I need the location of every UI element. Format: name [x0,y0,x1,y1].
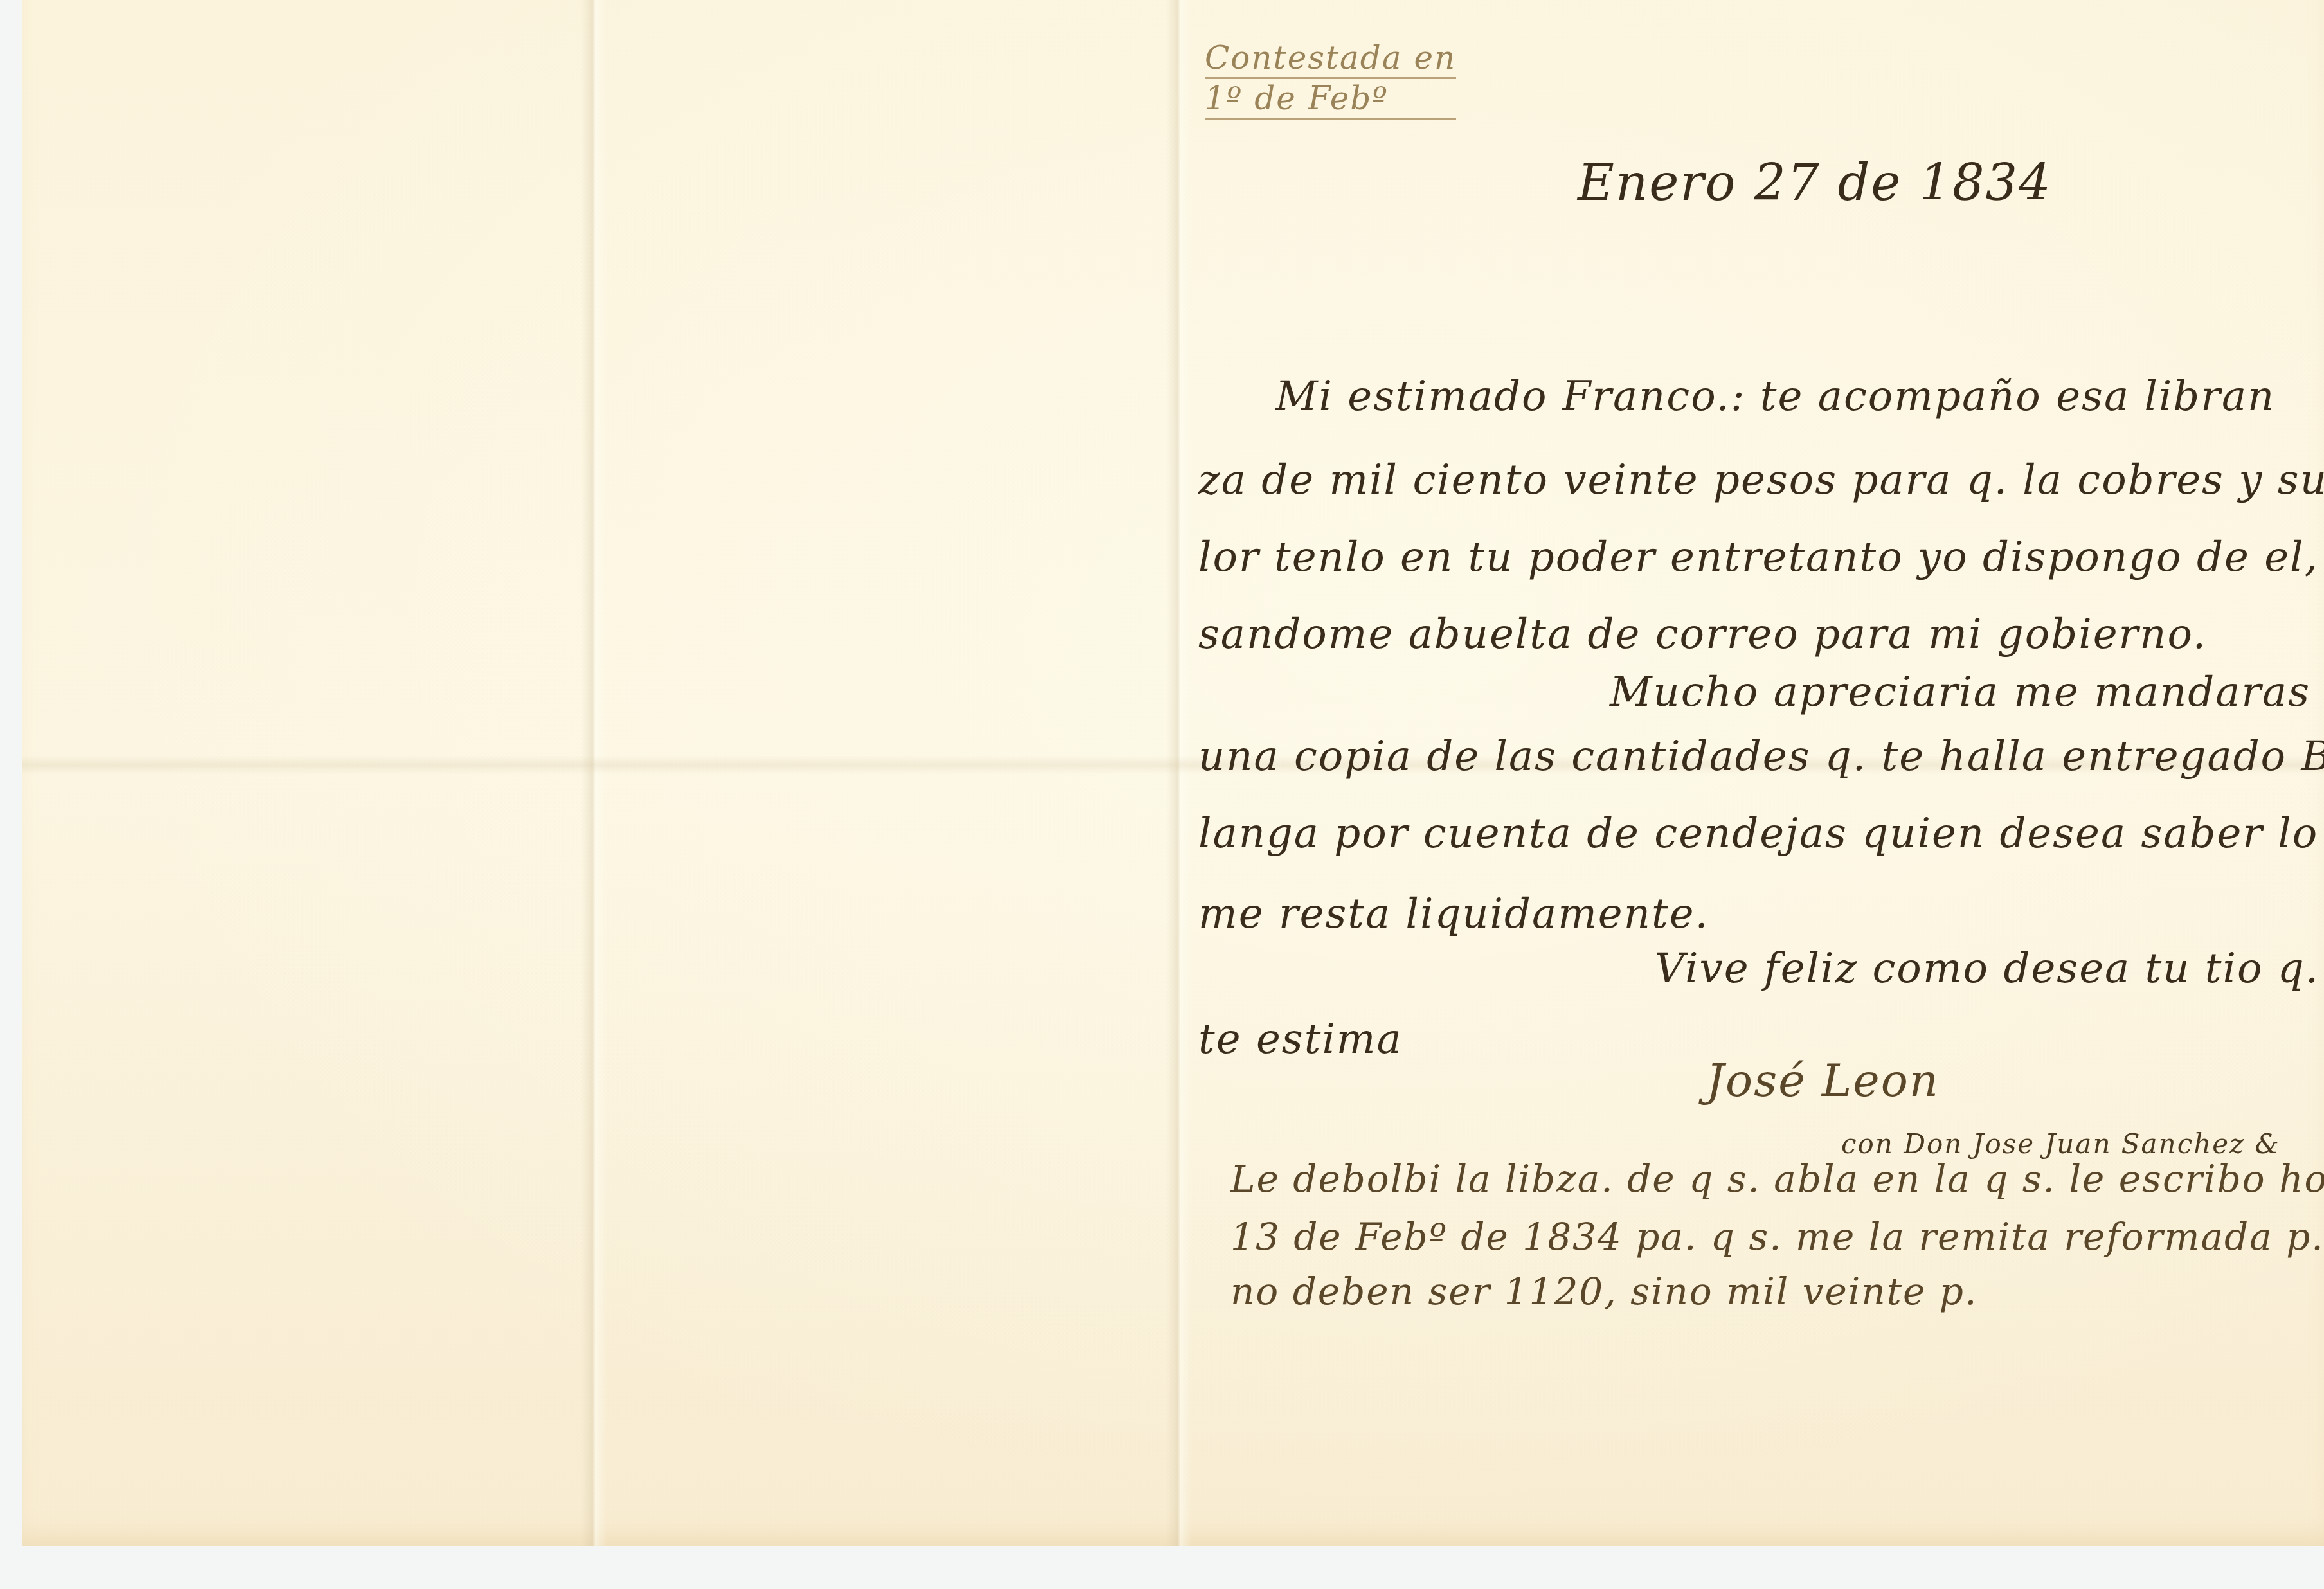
annotation-line-2: 1º de Febº [1205,79,1456,120]
body-line: Mi estimado Franco.: te acompaño esa lib… [1275,373,2275,420]
body-line: sandome abuelta de correo para mi gobier… [1198,611,2207,658]
margin-annotation: Contestada en 1º de Febº [1205,39,1456,120]
body-line: Vive feliz como desea tu tio q. [1655,945,2319,992]
body-line: za de mil ciento veinte pesos para q. la… [1198,456,2324,504]
letter-date: Enero 27 de 1834 [1578,154,2052,212]
letter-paper: Contestada en 1º de Febº Enero 27 de 183… [22,0,2324,1546]
body-line: te estima [1198,1016,1403,1063]
body-line: langa por cuenta de cendejas quien desea… [1198,810,2324,857]
body-line: lor tenlo en tu poder entretanto yo disp… [1198,534,2324,581]
postscript-interlinear-insert: con Don Jose Juan Sanchez & [1841,1128,2280,1160]
body-line: Mucho apreciaria me mandaras [1610,669,2310,716]
body-line: una copia de las cantidades q. te halla … [1198,733,2324,780]
body-line: me resta liquidamente. [1198,890,1709,938]
annotation-line-1: Contestada en [1205,39,1456,79]
signature: José Leon [1706,1054,1940,1107]
postscript-line: 13 de Febº de 1834 pa. q s. me la remita… [1230,1215,2324,1259]
postscript-line: Le debolbi la libza. de q s. abla en la … [1230,1157,2324,1201]
postscript-line: no deben ser 1120, sino mil veinte p. [1230,1270,1977,1313]
